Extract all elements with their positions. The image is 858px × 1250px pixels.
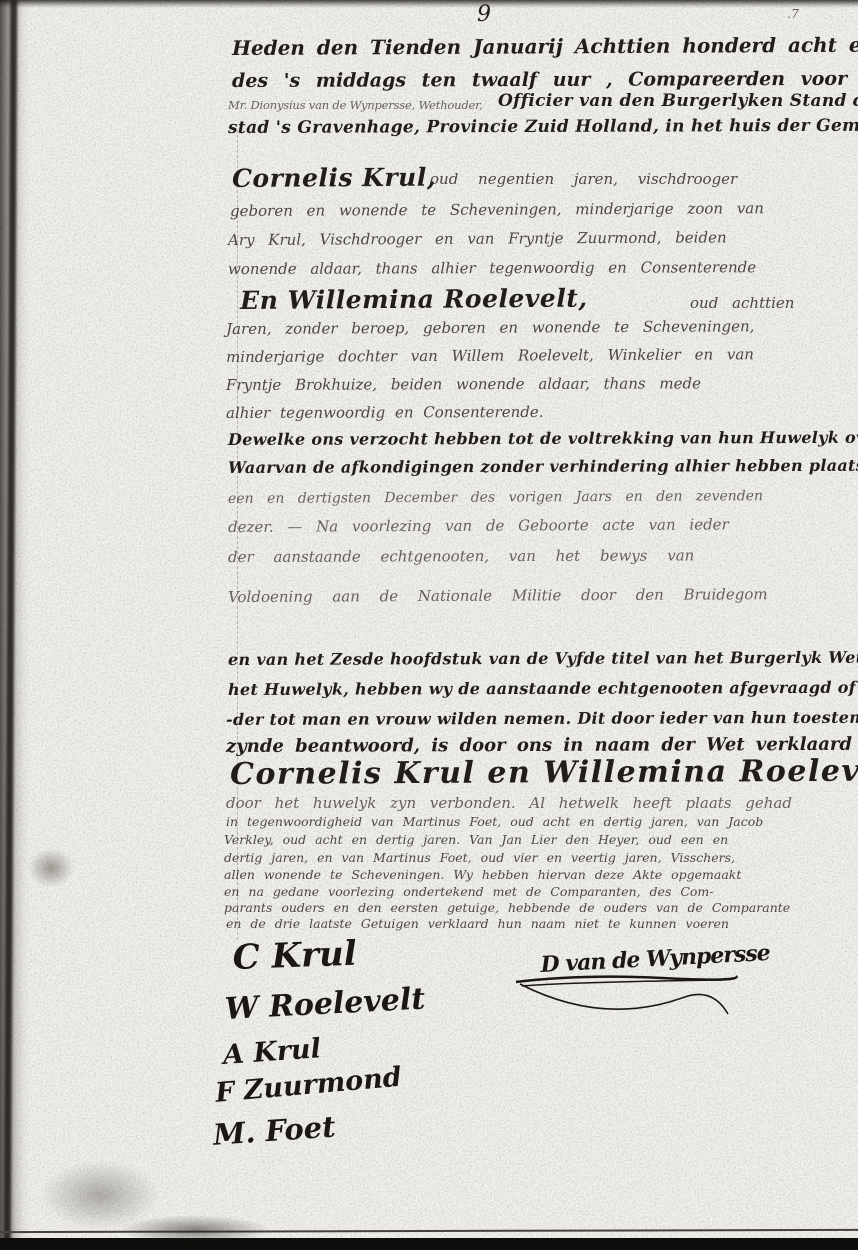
manuscript-line-request-4: dezer. — Na voorlezing van de Geboorte a…: [228, 517, 729, 535]
manuscript-line-closing-5: allen wonende te Scheveningen. Wy hebben…: [224, 869, 741, 882]
manuscript-line-law-3: -der tot man en vrouw wilden nemen. Dit …: [226, 710, 858, 728]
page-bottom-edge-line: [0, 1229, 858, 1233]
manuscript-line-couple-names: Cornelis Krul en Willemina Roelevelt: [230, 756, 858, 790]
ink-smudge: [40, 1160, 160, 1230]
manuscript-line-date-1: Heden den Tienden Januarij Achttien hond…: [232, 34, 858, 58]
top-right-mark: .7: [787, 8, 799, 21]
manuscript-line-groom-details: oud negentien jaren, vischdrooger: [430, 172, 737, 187]
ink-smudge: [28, 848, 74, 888]
manuscript-line-law-2: het Huwelyk, hebben wy de aanstaande ech…: [228, 679, 858, 698]
manuscript-line-bride-name: En Willemina Roelevelt,: [240, 286, 588, 313]
manuscript-line-closing-1: door het huwelyk zyn verbonden. Al hetwe…: [226, 796, 792, 811]
manuscript-line-request-5: der aanstaande echtgenooten, van het bew…: [228, 548, 694, 565]
manuscript-line-request-2: Waarvan de afkondigingen zonder verhinde…: [228, 457, 858, 476]
signature-groom-father: A Krul: [222, 1033, 322, 1071]
manuscript-line-groom-2: geboren en wonende te Scheveningen, mind…: [230, 201, 764, 219]
manuscript-line-closing-8: en de drie laatste Getuigen verklaard hu…: [226, 918, 729, 931]
manuscript-line-bride-3: minderjarige dochter van Willem Roelevel…: [226, 347, 754, 365]
manuscript-line-groom-3: Ary Krul, Vischdrooger en van Fryntje Zu…: [228, 230, 727, 248]
manuscript-line-official-title-2: stad 's Gravenhage, Provincie Zuid Holla…: [228, 118, 858, 137]
manuscript-line-request-1: Dewelke ons verzocht hebben tot de voltr…: [228, 429, 858, 448]
manuscript-line-closing-6: en na gedane voorlezing ondertekend met …: [224, 886, 714, 899]
top-center-mark: 9: [477, 4, 491, 26]
manuscript-line-request-3: een en dertigsten December des vorigen J…: [228, 489, 763, 506]
scanned-marriage-record-page: 9 .7 Heden den Tienden Januarij Achttien…: [0, 0, 858, 1250]
manuscript-line-closing-2: in tegenwoordigheid van Martinus Foet, o…: [226, 816, 763, 829]
top-scan-edge: [0, 0, 858, 8]
manuscript-line-bride-details: oud achttien: [690, 296, 794, 311]
signature-bride: W Roelevelt: [224, 982, 426, 1027]
manuscript-line-closing-4: dertig jaren, en van Martinus Foet, oud …: [224, 852, 735, 865]
manuscript-line-groom-4: wonende aldaar, thans alhier tegenwoordi…: [228, 260, 756, 277]
manuscript-line-law-1: en van het Zesde hoofdstuk van de Vyfde …: [228, 649, 858, 668]
manuscript-line-bride-4: Fryntje Brokhuize, beiden wonende aldaar…: [226, 376, 701, 393]
manuscript-line-official-title: Officier van den Burgerlyken Stand der: [498, 93, 858, 110]
manuscript-line-groom-name: Cornelis Krul,: [232, 165, 436, 191]
bottom-scan-edge: [0, 1238, 858, 1250]
manuscript-line-bride-2: Jaren, zonder beroep, geboren en wonende…: [226, 319, 754, 337]
manuscript-line-official-name: Mr. Dionysius van de Wynpersse, Wethoude…: [228, 100, 483, 112]
signature-official-flourish: [512, 968, 742, 1028]
manuscript-line-closing-3: Verkley, oud acht en dertig jaren. Van J…: [224, 834, 728, 847]
manuscript-line-law-4: zynde beantwoord, is door ons in naam de…: [226, 736, 858, 756]
signature-witness: M. Foet: [212, 1109, 337, 1151]
manuscript-line-date-2: des 's middags ten twaalf uur , Comparee…: [232, 70, 858, 91]
signature-groom: C Krul: [232, 934, 357, 978]
manuscript-line-closing-7: parants ouders en den eersten getuige, h…: [224, 902, 790, 915]
manuscript-line-bride-5: alhier tegenwoordig en Consenterende.: [226, 405, 544, 421]
manuscript-line-request-6: Voldoening aan de Nationale Militie door…: [228, 587, 768, 605]
